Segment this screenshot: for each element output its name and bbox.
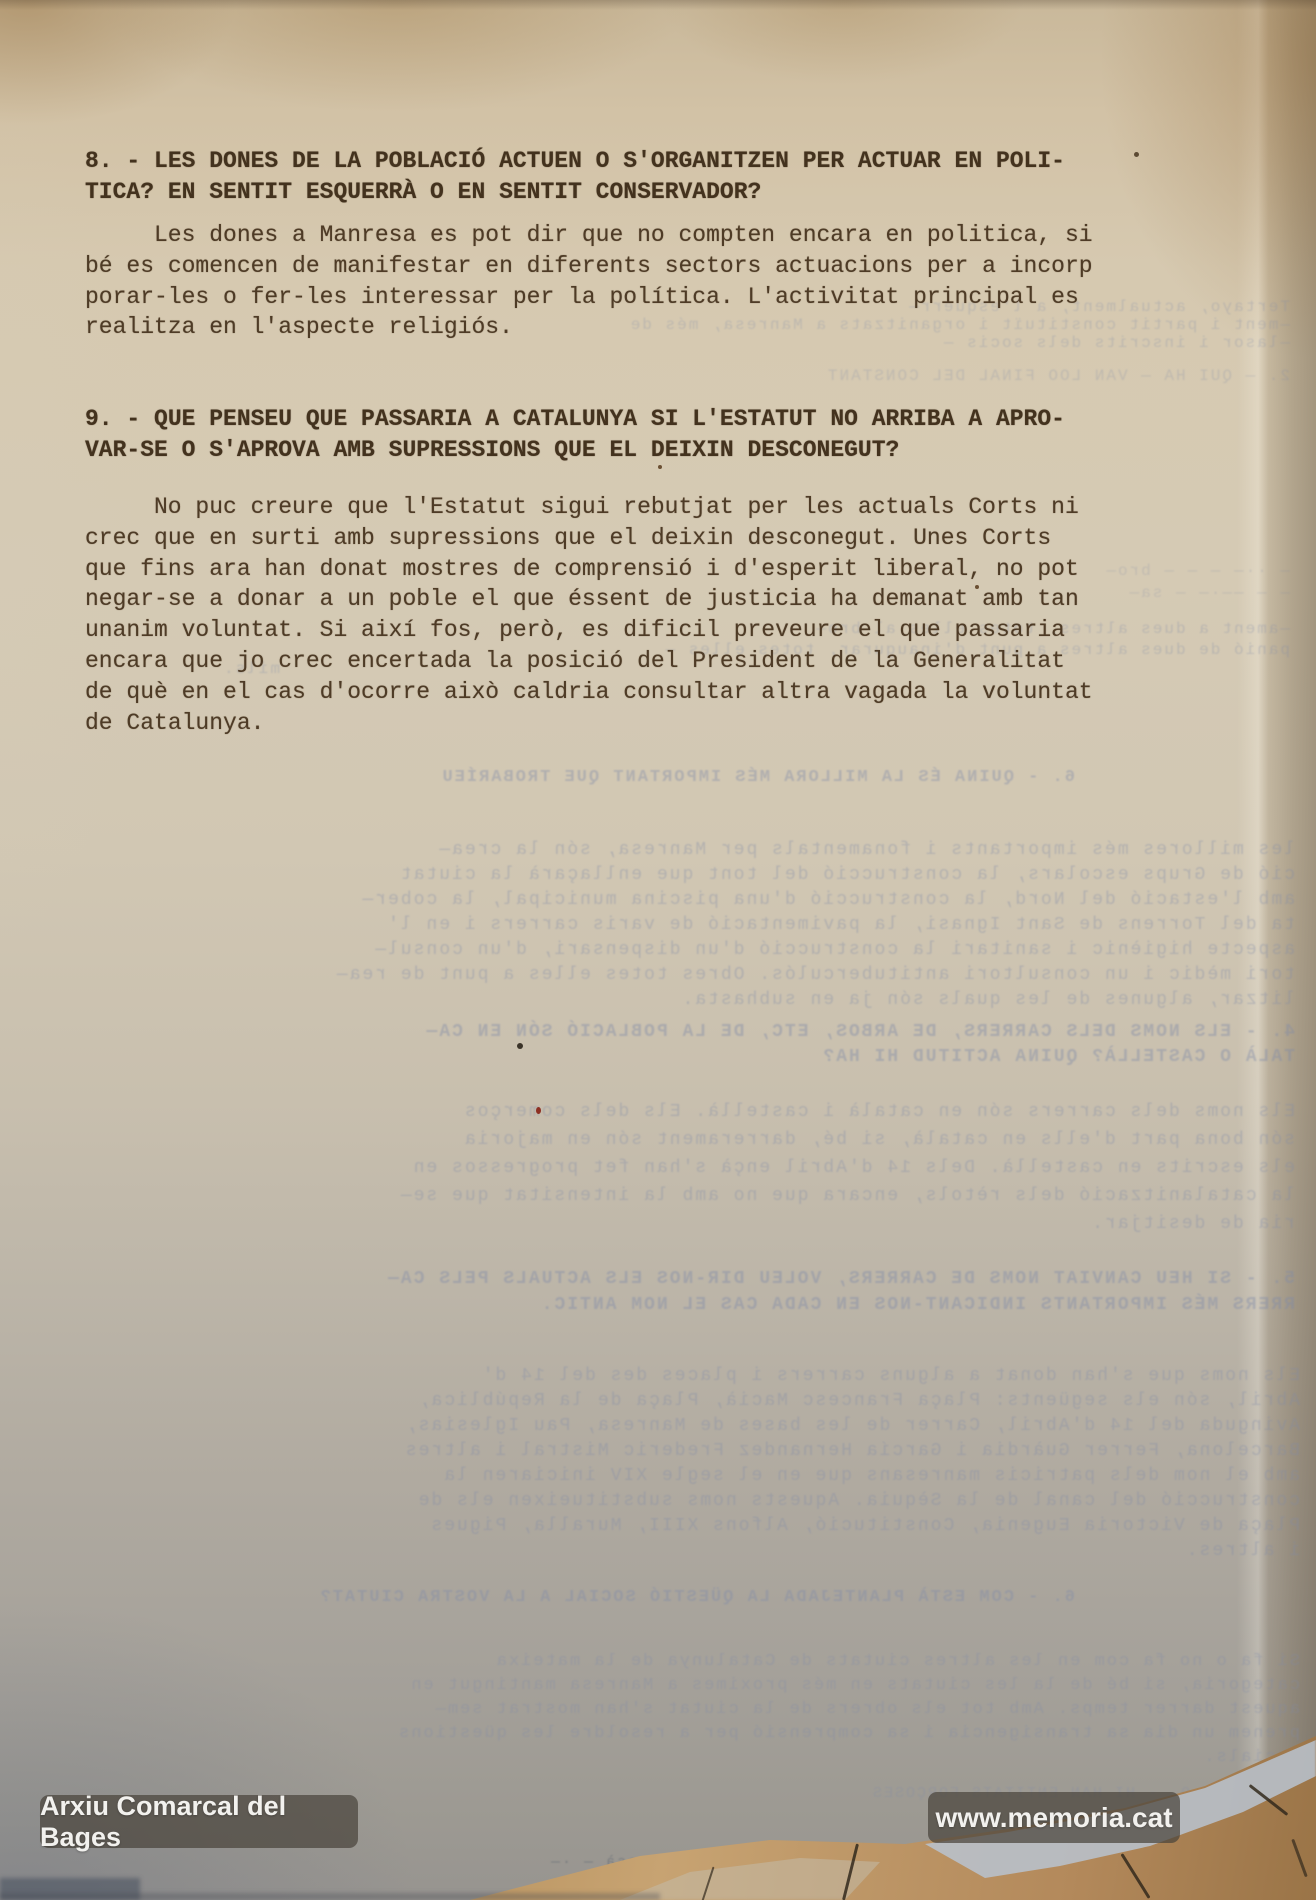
paper-speck (536, 1107, 541, 1114)
speck-layer (0, 0, 1316, 1900)
archive-watermark: Arxiu Comarcal del Bages (40, 1795, 358, 1848)
scanned-page: Tertayo, actualment, a l'esquerr——ment i… (0, 0, 1316, 1900)
paper-speck (1134, 152, 1139, 157)
archive-watermark-label: Arxiu Comarcal del Bages (40, 1791, 358, 1853)
paper-speck (517, 1043, 523, 1049)
paper-speck (658, 465, 662, 469)
website-watermark-label: www.memoria.cat (935, 1802, 1172, 1834)
website-watermark: www.memoria.cat (928, 1792, 1180, 1843)
paper-speck (975, 585, 979, 589)
